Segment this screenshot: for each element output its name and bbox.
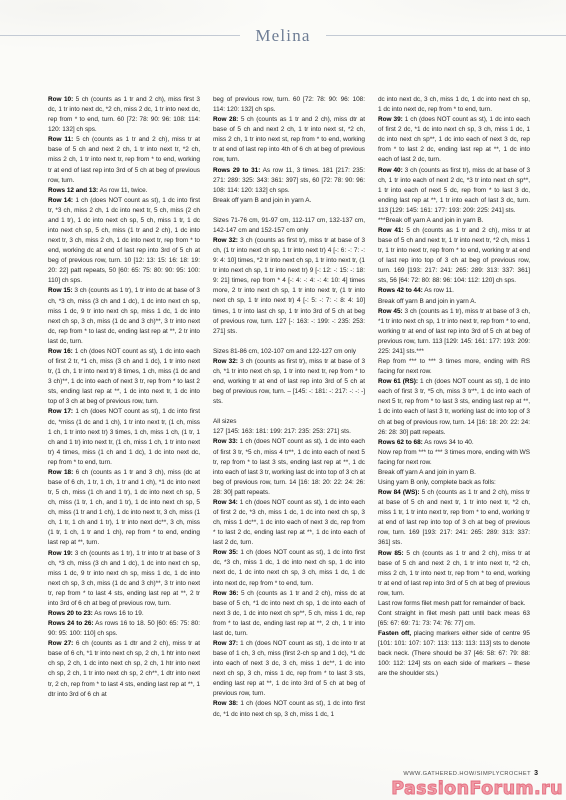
pattern-paragraph: Row 37: 1 ch (does NOT count as st), 1 d… (213, 639, 365, 699)
row-label: Row 28: (213, 116, 238, 123)
row-label: Rows 20 to 23: (48, 610, 93, 617)
pattern-paragraph: beg of previous row, turn. 60 [72: 78: 9… (213, 95, 365, 115)
pattern-paragraph: Row 33: 1 ch (does NOT count as st), 1 d… (213, 437, 365, 497)
pattern-paragraph: Row 85: 5 ch (counts as 1 tr and 2 ch), … (378, 549, 530, 599)
pattern-paragraph: Fasten off, placing markers either side … (378, 629, 530, 679)
row-label: Row 34: (213, 499, 238, 506)
pattern-paragraph: Row 14: 1 ch (does NOT count as st), 1 d… (48, 196, 200, 287)
pattern-paragraph: Sizes 71-76 cm, 91-97 cm, 112-117 cm, 13… (213, 216, 365, 236)
pattern-paragraph: Row 32: 3 ch (counts as first tr), miss … (213, 236, 365, 337)
row-label: Row 39: (378, 116, 403, 123)
pattern-paragraph: dc into next dc, 3 ch, miss 1 dc, 1 dc i… (378, 95, 530, 115)
row-label: Row 61 (RS): (378, 378, 418, 385)
row-label: Row 45: (378, 308, 403, 315)
pattern-paragraph: Row 16: 1 ch (does NOT count as st), 1 d… (48, 347, 200, 407)
pattern-paragraph: Using yarn B only, complete back as foll… (378, 478, 530, 488)
page-header: Melina (0, 26, 566, 46)
pattern-paragraph: Cont straight in filet mesh patt until b… (378, 609, 530, 629)
row-label: Rows 42 to 44: (378, 287, 423, 294)
row-label: Row 10: (48, 96, 73, 103)
row-label: Rows 29 to 31: (213, 167, 260, 174)
row-label: Row 37: (213, 640, 238, 647)
pattern-paragraph: Row 45: 3 ch (counts as 1 tr), miss tr a… (378, 307, 530, 357)
page-title: Melina (240, 26, 325, 46)
row-label: Rows 62 to 68: (378, 439, 423, 446)
pattern-paragraph: Row 39: 1 ch (does NOT count as st), 1 d… (378, 115, 530, 165)
pattern-paragraph: Rows 12 and 13: As row 11, twice. (48, 186, 200, 196)
row-label: Row 35: (213, 549, 238, 556)
row-label: Row 18: (48, 469, 73, 476)
pattern-paragraph: Row 61 (RS): 1 ch (does NOT count as st)… (378, 377, 530, 437)
pattern-paragraph: Row 17: 1 ch (does NOT count as st), 1 d… (48, 407, 200, 467)
row-label: Row 15: (48, 287, 73, 294)
pattern-paragraph: 127 [145: 163: 181: 199: 217: 235: 253: … (213, 427, 365, 437)
watermark: PassionForum.ru (391, 779, 563, 799)
row-label: Row 14: (48, 197, 73, 204)
pattern-paragraph: Row 41: 5 ch (counts as 1 tr and 2 ch), … (378, 226, 530, 286)
row-label: Row 32: (213, 358, 238, 365)
pattern-paragraph: Rows 42 to 44: As row 11. (378, 286, 530, 296)
pattern-paragraph: Row 38: 1 ch (does NOT count as st), 1 d… (213, 699, 365, 719)
pattern-paragraph: Rows 29 to 31: As row 11, 3 times. 181 [… (213, 166, 365, 196)
pattern-paragraph: Row 18: 6 ch (counts as 1 tr and 3 ch), … (48, 468, 200, 549)
footer: WWW.GATHERED.HOW/SIMPLYCROCHET3 (403, 770, 538, 777)
pattern-paragraph: Row 28: 5 ch (counts as 1 tr and 2 ch), … (213, 115, 365, 165)
pattern-paragraph: Break off yarn A and join in yarn B. (378, 468, 530, 478)
pattern-paragraph: Last row forms filet mesh patt for remai… (378, 599, 530, 609)
pattern-paragraph: Row 27: 6 ch (counts as 1 dtr and 2 ch),… (48, 639, 200, 699)
pattern-paragraph: Rows 24 to 26: As rows 16 to 18. 50 [60:… (48, 619, 200, 639)
pattern-paragraph: Sizes 81-86 cm, 102-107 cm and 122-127 c… (213, 347, 365, 357)
row-label: Row 36: (213, 590, 238, 597)
row-label: Rows 12 and 13: (48, 187, 98, 194)
pattern-paragraph: Row 36: 5 ch (counts as 1 tr and 2 ch), … (213, 589, 365, 639)
row-label: Row 84 (WS): (378, 489, 420, 496)
pattern-paragraph: Row 40: 3 ch (counts as first tr), miss … (378, 166, 530, 216)
pattern-paragraph: Row 10: 5 ch (counts as 1 tr and 2 ch), … (48, 95, 200, 135)
row-label: Row 85: (378, 550, 404, 557)
pattern-paragraph: Row 84 (WS): 5 ch (counts as 1 tr and 2 … (378, 488, 530, 548)
pattern-paragraph: Rows 20 to 23: As rows 16 to 19. (48, 609, 200, 619)
pattern-paragraph: All sizes (213, 417, 365, 427)
row-label: Fasten off, (378, 630, 411, 637)
pattern-paragraph: Row 32: 3 ch (counts as first tr), miss … (213, 357, 365, 407)
pattern-paragraph: Row 35: 1 ch (does NOT count as st), 1 d… (213, 548, 365, 588)
text-column-2: beg of previous row, turn. 60 [72: 78: 9… (213, 95, 365, 720)
row-label: Row 17: (48, 408, 73, 415)
pattern-paragraph: Rep from *** to *** 3 times more, ending… (378, 357, 530, 377)
pattern-paragraph: Row 15: 3 ch (counts as 1 tr), 1 tr into… (48, 286, 200, 346)
pattern-paragraph: Rows 62 to 68: As rows 34 to 40. (378, 438, 530, 448)
pattern-page: Melina Row 10: 5 ch (counts as 1 tr and … (0, 0, 566, 800)
row-label: Row 41: (378, 227, 404, 234)
row-label: Row 11: (48, 136, 73, 143)
pattern-text-block: Row 10: 5 ch (counts as 1 tr and 2 ch), … (48, 95, 530, 720)
pattern-paragraph: Row 19: 3 ch (counts as 1 tr), 1 tr into… (48, 549, 200, 609)
pattern-paragraph: Now rep from *** to *** 3 times more, en… (378, 448, 530, 468)
footer-url: WWW.GATHERED.HOW/SIMPLYCROCHET (403, 771, 531, 777)
pattern-paragraph: ***Break off yarn A and join in yarn B. (378, 216, 530, 226)
row-label: Row 38: (213, 700, 238, 707)
page-number: 3 (534, 770, 538, 777)
row-label: Rows 24 to 26: (48, 620, 94, 627)
row-label: Row 33: (213, 438, 238, 445)
row-label: Row 40: (378, 167, 403, 174)
pattern-paragraph: Row 34: 1 ch (does NOT count as st), 1 d… (213, 498, 365, 548)
row-label: Row 27: (48, 640, 73, 647)
pattern-paragraph: Break off yarn B and join in yarn A. (213, 196, 365, 206)
row-label: Row 19: (48, 550, 73, 557)
row-label: Row 16: (48, 348, 73, 355)
pattern-paragraph: Break off yarn B and join in yarn A. (378, 297, 530, 307)
pattern-paragraph: Row 11: 5 ch (counts as 1 tr and 2 ch), … (48, 135, 200, 185)
text-column-1: Row 10: 5 ch (counts as 1 tr and 2 ch), … (48, 95, 200, 720)
row-label: Row 32: (213, 237, 238, 244)
text-column-3: dc into next dc, 3 ch, miss 1 dc, 1 dc i… (378, 95, 530, 720)
